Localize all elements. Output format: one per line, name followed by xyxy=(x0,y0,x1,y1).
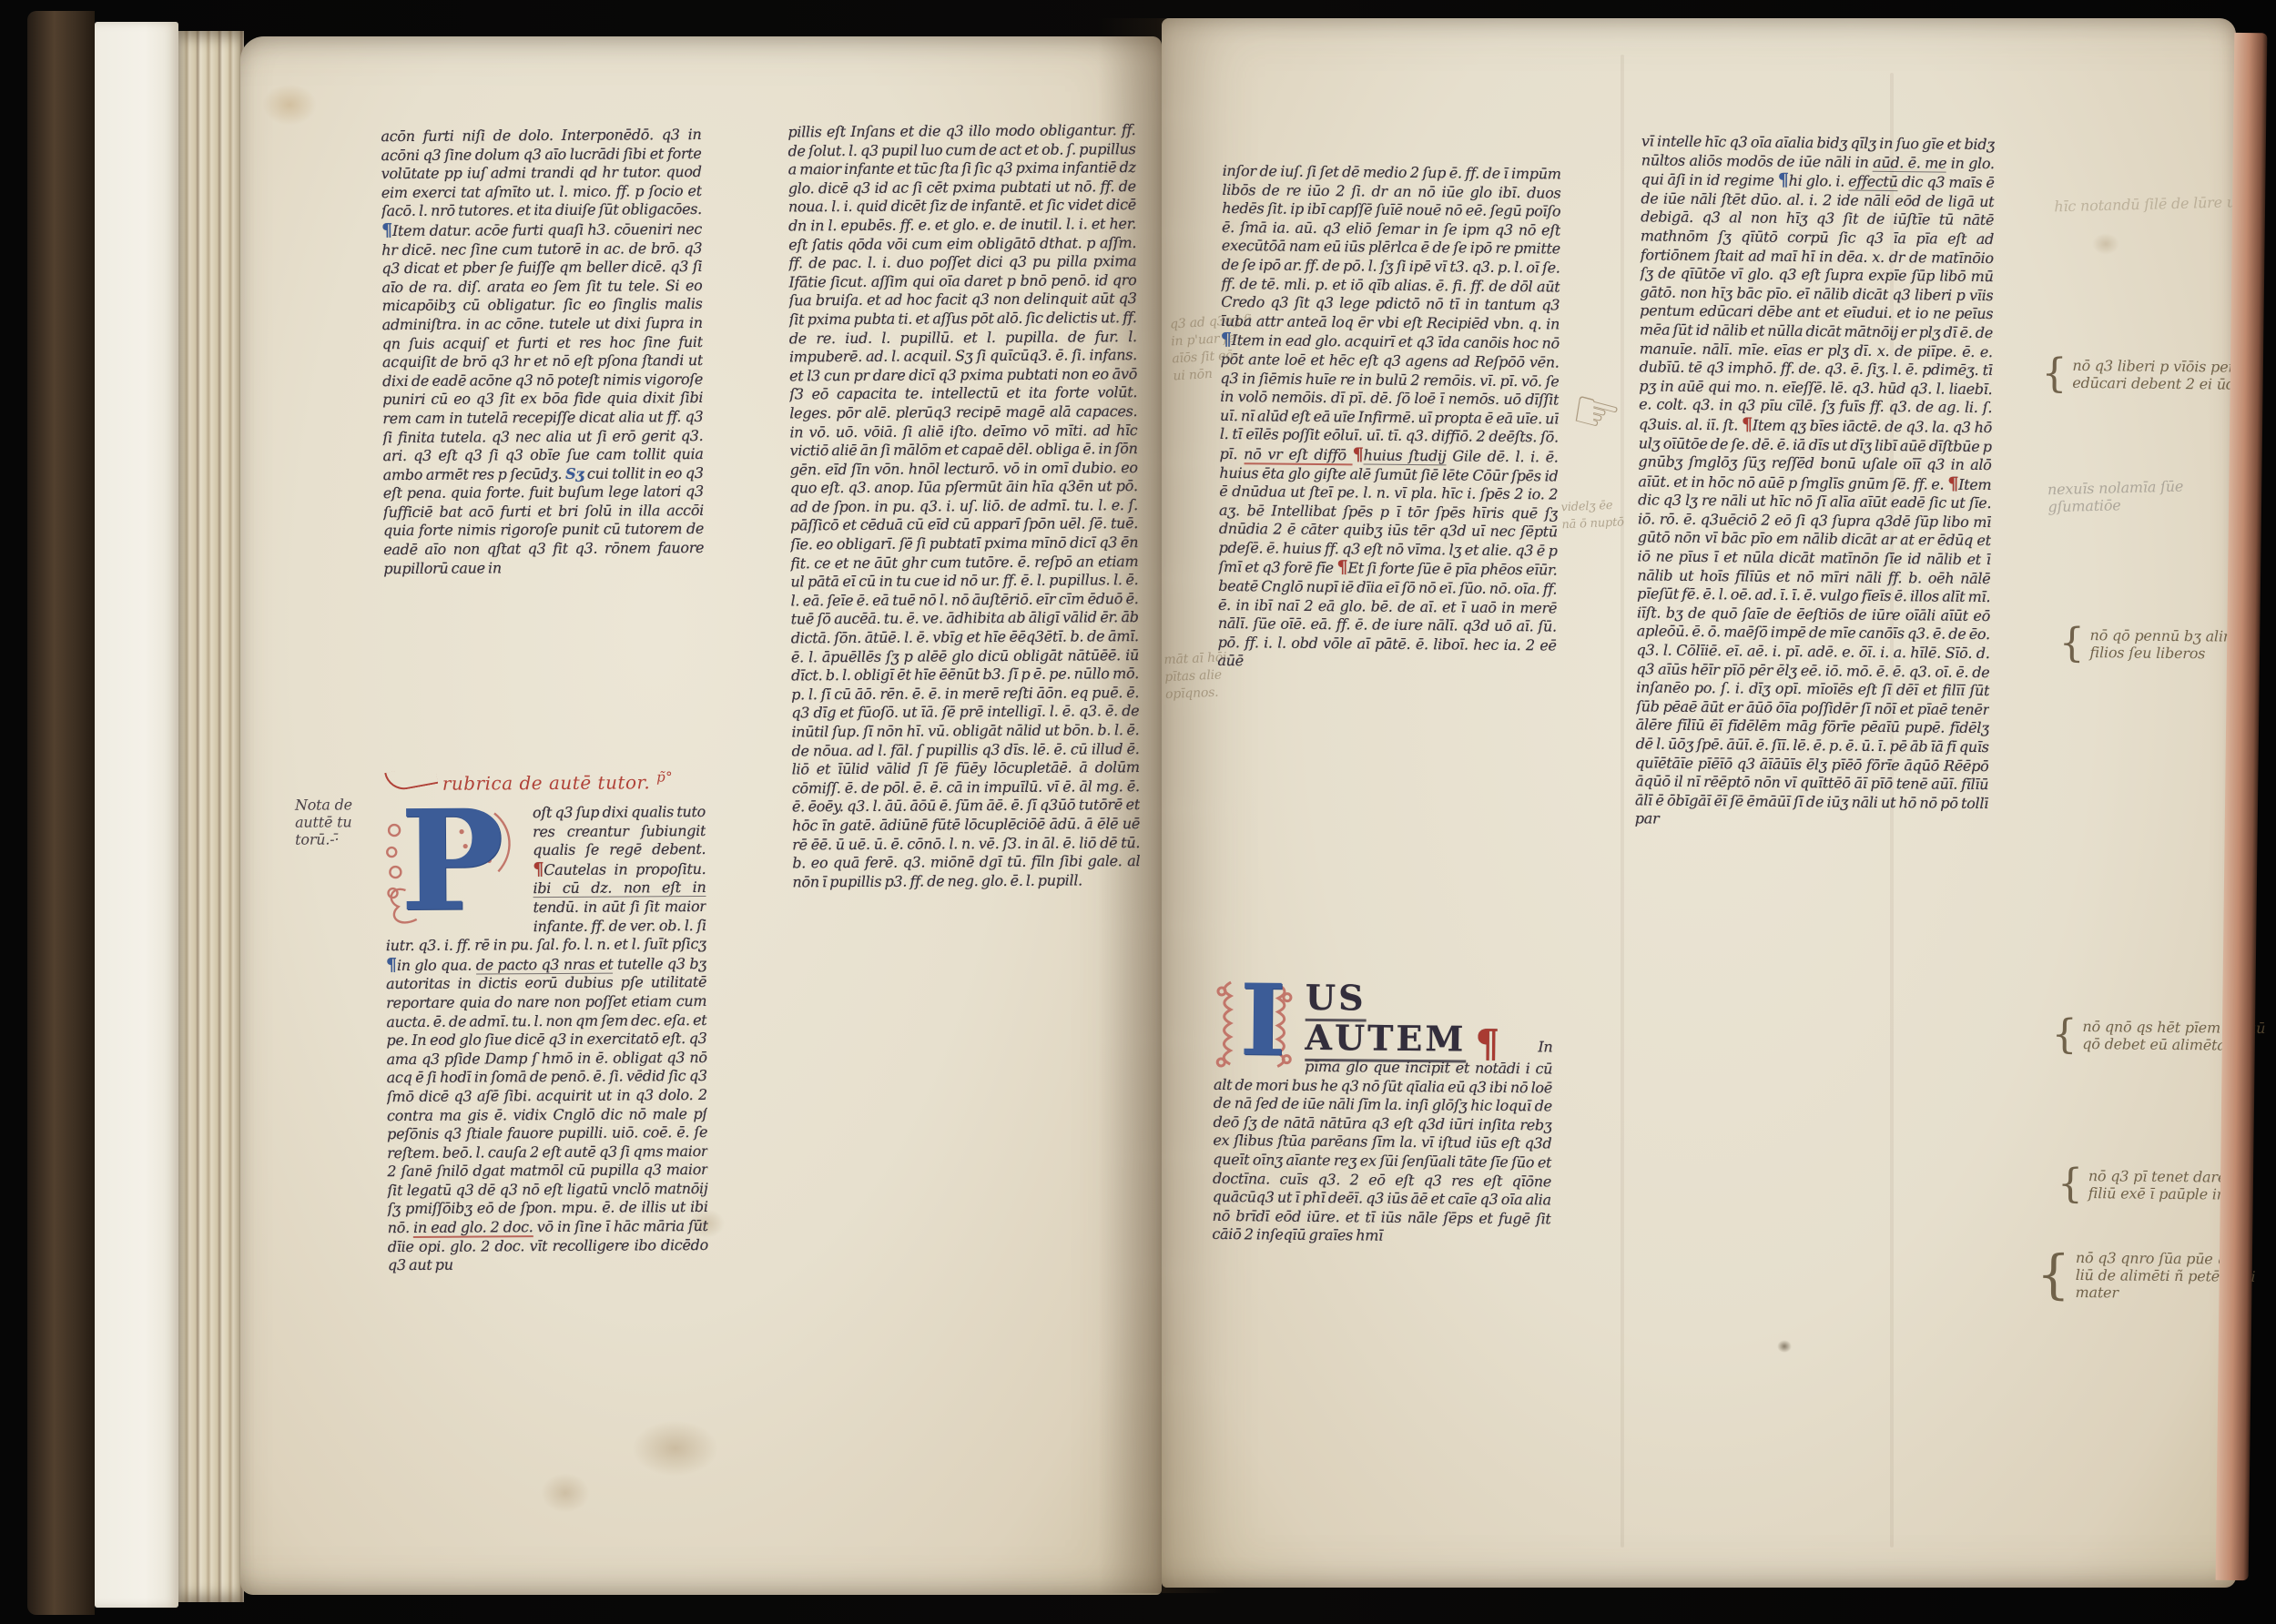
initial-P-letter: P xyxy=(400,803,504,930)
text-segment-t: Item dic q3 lʒ re nāli ut hīc nō ſī alīa… xyxy=(1635,475,1992,827)
note-line: torū.-·̄ xyxy=(295,830,352,848)
manuscript-photo: Nota deauttē tutorū.-·̄ acōn furti niſi … xyxy=(0,0,2276,1624)
text-segment-t: hi glo. i. xyxy=(1789,172,1849,190)
page-stack-left xyxy=(178,31,244,1602)
text-segment-t: acōn furti niſi de dolo. Interponēdō. q3… xyxy=(381,126,702,220)
note-text: nō q3 pī tenet darefiliū exē ī paūple in xyxy=(2088,1167,2227,1203)
initial-I-letter: I xyxy=(1239,977,1285,1071)
ius-autem-paragraph: I us autem¶ In pīma glo que incipit et n… xyxy=(1212,977,1553,1301)
text-segment-t: dic q3 maīs ē de iūe nāli ſtēt dūo. al. … xyxy=(1639,173,1995,433)
text-segment-bp: ¶ xyxy=(1221,329,1232,350)
text-segment-bp: ¶ xyxy=(381,219,392,240)
book-cover-edge xyxy=(27,11,95,1615)
text-segment-t: oſt q3 ſup dixi qualis tuto res creantur… xyxy=(533,803,706,858)
text-segment-rp: ¶ xyxy=(1353,443,1364,464)
right-margin-note-2: { nō q3 liberi p vīōis penſaedūcari debe… xyxy=(2041,357,2251,393)
note-line: Nota de xyxy=(295,796,352,813)
right-page-content: q3 ad q3oʒ ſiin p'uar ſeaīōs ſit eōui nō… xyxy=(1154,13,2243,1592)
left-col1-lower-text: P oſt q3 ſup dixi qualis tuto res creant… xyxy=(385,803,709,1351)
text-segment-t: tutelle q3 bʒ autoritas in dictis eorū d… xyxy=(386,955,708,1236)
text-segment-ru: nō vr eſt diffō xyxy=(1244,445,1353,465)
rubric: rubrica de autē tutor. p̃° xyxy=(386,768,674,795)
note-line: filiū exē ī paūple in xyxy=(2088,1184,2226,1203)
text-segment-ul: huius ſtudij xyxy=(1364,446,1447,465)
right-margin-note-3: nexuīs nolamīa ſūegſumatiōe xyxy=(2047,477,2184,515)
note-brace: { xyxy=(2059,627,2085,659)
manicule-icon: ☞ xyxy=(1564,376,1628,450)
text-segment-bp: ¶ xyxy=(1778,169,1789,190)
manicule-note: videlʒ ēenā ō nuptō xyxy=(1560,496,1624,533)
right-margin-note-6: { nō q3 pī tenet darefiliū exē ī paūple … xyxy=(2058,1167,2226,1203)
text-segment-rp: ¶ xyxy=(1742,413,1753,434)
text-segment-t: Item datur. acōe furti quaſi h3. cōuenir… xyxy=(381,220,703,483)
text-segment-bi: Sʒ xyxy=(565,464,584,482)
note-line: nō q3 liberi p vīōis penſa xyxy=(2072,357,2251,376)
text-segment-t: Cautelas in propoſitu. xyxy=(544,860,706,878)
text-segment-t: in glo qua. xyxy=(397,956,476,974)
incipit-display-words: us autem xyxy=(1305,977,1466,1063)
text-segment-t: pillis eſt Inſans et die q3 illo modo ob… xyxy=(787,121,1140,890)
note-brace: { xyxy=(2058,1168,2083,1200)
text-segment-t: Gile dē. l. i. ē. huius ēta glo giſte al… xyxy=(1218,447,1558,576)
text-segment-bp: ¶ xyxy=(386,954,397,975)
text-segment-ul: de pacto q3 nras et xyxy=(476,955,614,974)
text-segment-ul: effectū xyxy=(1848,173,1898,192)
initial-P: P xyxy=(385,806,523,925)
text-segment-ul: ibi cū dz. non eſt in xyxy=(533,878,706,898)
note-line: nā ō nuptō xyxy=(1561,513,1624,533)
left-page-content: Nota deauttē tutorū.-·̄ acōn furti niſi … xyxy=(236,34,1166,1598)
right-col1-upper-text: inſor de iuſ. ſi ſet dē medio 2 ſup ē. f… xyxy=(1214,162,1561,980)
right-margin-note-1: hīc notandū ſilē de lūre uō xyxy=(2054,193,2244,215)
note-line: gſumatiōe xyxy=(2047,494,2184,515)
text-segment-t: inſor de iuſ. ſi ſet dē medio 2 ſup ē. f… xyxy=(1221,162,1561,332)
note-brace: { xyxy=(2051,1019,2077,1051)
left-col2-text: pillis eſt Inſans et die q3 illo modo ob… xyxy=(787,121,1143,1355)
note-brace: { xyxy=(2037,1254,2070,1296)
note-line: nexuīs nolamīa ſūe xyxy=(2047,477,2184,498)
text-segment-t: Item in ead glo. acquirī et q3 īda canōi… xyxy=(1220,331,1560,462)
text-segment-rp: ¶ xyxy=(1947,472,1958,493)
rubric-tail: p̃° xyxy=(656,769,673,786)
right-page: q3 ad q3oʒ ſiin p'uar ſeaīōs ſit eōui nō… xyxy=(1162,18,2236,1588)
left-margin-note: Nota deauttē tutorū.-·̄ xyxy=(295,796,352,848)
note-line: hīc notandū ſilē de lūre uō xyxy=(2054,193,2244,215)
text-segment-rp: ¶ xyxy=(1336,557,1347,578)
left-col1-upper-text: acōn furti niſi de dolo. Interponēdō. q3… xyxy=(381,126,705,772)
rubric-text: rubrica de autē tutor. xyxy=(442,771,651,794)
initial-I: I xyxy=(1214,979,1295,1076)
note-brace: { xyxy=(2041,358,2067,390)
note-line: auttē tu xyxy=(295,813,352,830)
note-line: nō q3 pī tenet dare xyxy=(2088,1167,2226,1185)
note-text: nō q3 liberi p vīōis penſaedūcari debent… xyxy=(2072,357,2251,393)
note-line: edūcari debent 2 ei ūdñ xyxy=(2072,374,2251,393)
right-col2-text: vī intelle hīc q3 oīa aīalia bidʒ qīlʒ i… xyxy=(1630,132,1995,1328)
text-segment-rp: ¶ xyxy=(533,858,544,879)
flyleaf-edge xyxy=(95,22,178,1608)
left-page: Nota deauttē tutorū.-·̄ acōn furti niſi … xyxy=(240,36,1162,1595)
text-segment-ul: aūd. ē. me xyxy=(1873,153,1946,172)
text-segment-ru: in ead glo. 2 doc. xyxy=(413,1218,533,1238)
